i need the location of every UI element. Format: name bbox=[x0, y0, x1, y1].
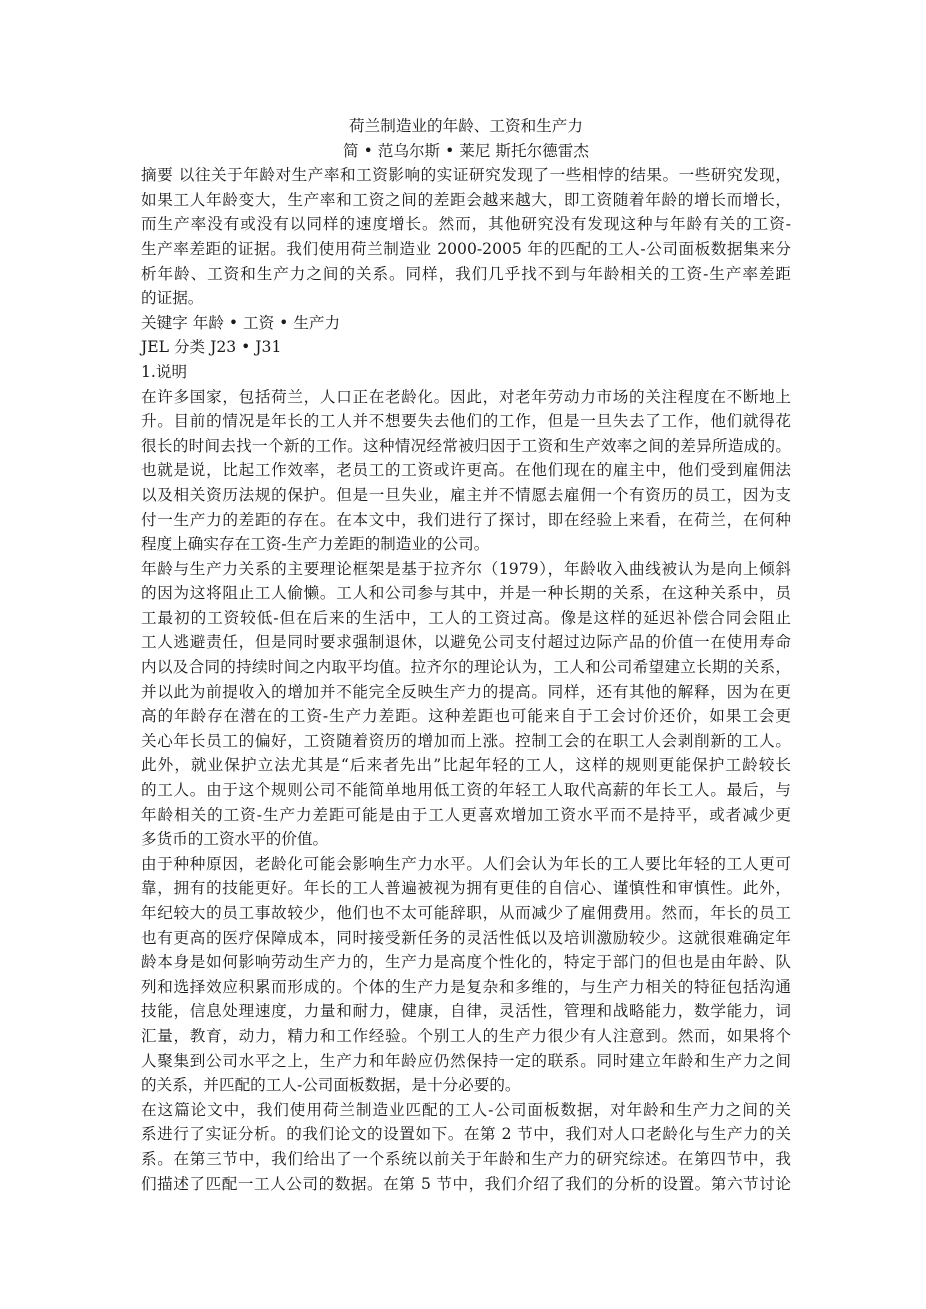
text-line: 很长的时间去找一个新的工作。这种情况经常被归因于工资和生产效率之间的差异所造成的… bbox=[141, 434, 791, 459]
paragraph-2: 年龄与生产力关系的主要理论框架是基于拉齐尔（1979），年龄收入曲线被认为是向上… bbox=[141, 557, 791, 852]
text-line: 升。目前的情况是年长的工人并不想要失去他们的工作，但是一旦失去了工作，他们就得花 bbox=[141, 409, 791, 434]
abstract: 摘要 以往关于年龄对生产率和工资影响的实证研究发现了一些相悖的结果。一些研究发现… bbox=[141, 163, 791, 311]
text-line: 们描述了匹配一工人公司的数据。在第 5 节中，我们介绍了我们的分析的设置。第六节… bbox=[141, 1172, 791, 1197]
section-heading: 1.说明 bbox=[141, 360, 791, 385]
text-line: 的因为这将阻止工人偷懒。工人和公司参与其中，并是一种长期的关系，在这种关系中，员 bbox=[141, 581, 791, 606]
text-line: 内以及合同的持续时间之内取平均值。拉齐尔的理论认为，工人和公司希望建立长期的关系… bbox=[141, 655, 791, 680]
text-line: 在许多国家，包括荷兰，人口正在老龄化。因此，对老年劳动力市场的关注程度在不断地上 bbox=[141, 385, 791, 410]
text-line: 系。在第三节中，我们给出了一个系统以前关于年龄和生产力的研究综述。在第四节中，我 bbox=[141, 1147, 791, 1172]
text-line: 付一生产力的差距的存在。在本文中，我们进行了探讨，即在经验上来看，在荷兰，在何种 bbox=[141, 508, 791, 533]
abstract-line: 析年龄、工资和生产力之间的关系。同样，我们几乎找不到与年龄相关的工资-生产率差距 bbox=[141, 262, 791, 287]
text-line: 龄本身是如何影响劳动生产力的，生产力是高度个性化的，特定于部门的但也是由年龄、队 bbox=[141, 950, 791, 975]
text-line: 由于种种原因，老龄化可能会影响生产力水平。人们会认为年长的工人要比年轻的工人更可 bbox=[141, 852, 791, 877]
text-line: 工最初的工资较低-但在后来的生活中，工人的工资过高。像是这样的延迟补偿合同会阻止 bbox=[141, 606, 791, 631]
text-line: 列和选择效应积累而形成的。个体的生产力是复杂和多维的，与生产力相关的特征包括沟通 bbox=[141, 975, 791, 1000]
paragraph-3: 由于种种原因，老龄化可能会影响生产力水平。人们会认为年长的工人要比年轻的工人更可… bbox=[141, 852, 791, 1098]
abstract-line: 摘要 以往关于年龄对生产率和工资影响的实证研究发现了一些相悖的结果。一些研究发现… bbox=[141, 163, 791, 188]
text-line: 以及相关资历法规的保护。但是一旦失业，雇主并不情愿去雇佣一个有资历的员工，因为支 bbox=[141, 483, 791, 508]
document-title: 荷兰制造业的年龄、工资和生产力 bbox=[141, 114, 791, 139]
abstract-line: 生产率差距的证据。我们使用荷兰制造业 2000-2005 年的匹配的工人-公司面… bbox=[141, 237, 791, 262]
paragraph-1: 在许多国家，包括荷兰，人口正在老龄化。因此，对老年劳动力市场的关注程度在不断地上… bbox=[141, 385, 791, 557]
text-line: 靠，拥有的技能更好。年长的工人普遍被视为拥有更佳的自信心、谨慎性和审慎性。此外， bbox=[141, 876, 791, 901]
text-line: 的工人。由于这个规则公司不能简单地用低工资的年轻工人取代高薪的年长工人。最后，与 bbox=[141, 778, 791, 803]
abstract-line: 如果工人年龄变大，生产率和工资之间的差距会越来越大，即工资随着年龄的增长而增长， bbox=[141, 188, 791, 213]
text-line: 并以此为前提收入的增加并不能完全反映生产力的提高。同样，还有其他的解释，因为在更 bbox=[141, 680, 791, 705]
text-line: 多货币的工资水平的价值。 bbox=[141, 827, 791, 852]
text-line: 年纪较大的员工事故较少，他们也不太可能辞职，从而减少了雇佣费用。然而，年长的员工 bbox=[141, 901, 791, 926]
keywords: 关键字 年龄 • 工资 • 生产力 bbox=[141, 311, 791, 336]
text-line: 技能，信息处理速度，力量和耐力，健康，自律，灵活性，管理和战略能力，数学能力，词 bbox=[141, 999, 791, 1024]
document-page: 荷兰制造业的年龄、工资和生产力 简 • 范乌尔斯 • 莱尼 斯托尔德雷杰 摘要 … bbox=[141, 114, 791, 1196]
text-line: 高的年龄存在潜在的工资-生产力差距。这种差距也可能来自于工会讨价还价，如果工会更 bbox=[141, 704, 791, 729]
text-line: 也有更高的医疗保障成本，同时接受新任务的灵活性低以及培训激励较少。这就很难确定年 bbox=[141, 926, 791, 951]
text-line: 程度上确实存在工资-生产力差距的制造业的公司。 bbox=[141, 532, 791, 557]
text-line: 此外，就业保护立法尤其是“后来者先出”比起年轻的工人，这样的规则更能保护工龄较长 bbox=[141, 753, 791, 778]
paragraph-4: 在这篇论文中，我们使用荷兰制造业匹配的工人-公司面板数据，对年龄和生产力之间的关… bbox=[141, 1098, 791, 1196]
text-line: 工人逃避责任，但是同时要求强制退休，以避免公司支付超过边际产品的价值一在使用寿命 bbox=[141, 630, 791, 655]
text-line: 年龄相关的工资-生产力差距可能是由于工人更喜欢增加工资水平而不是持平，或者减少更 bbox=[141, 803, 791, 828]
abstract-line: 而生产率没有或没有以同样的速度增长。然而，其他研究没有发现这种与年龄有关的工资- bbox=[141, 212, 791, 237]
document-authors: 简 • 范乌尔斯 • 莱尼 斯托尔德雷杰 bbox=[141, 139, 791, 164]
text-line: 汇量，教育，动力，精力和工作经验。个别工人的生产力很少有人注意到。然而，如果将个 bbox=[141, 1024, 791, 1049]
text-line: 系进行了实证分析。的我们论文的设置如下。在第 2 节中，我们对人口老龄化与生产力… bbox=[141, 1122, 791, 1147]
text-line: 关心年长员工的偏好，工资随着资历的增加而上涨。控制工会的在职工人会剥削新的工人。 bbox=[141, 729, 791, 754]
text-line: 也就是说，比起工作效率，老员工的工资或许更高。在他们现在的雇主中，他们受到雇佣法 bbox=[141, 458, 791, 483]
text-line: 人聚集到公司水平之上，生产力和年龄应仍然保持一定的联系。同时建立年龄和生产力之间 bbox=[141, 1049, 791, 1074]
abstract-line: 的证据。 bbox=[141, 286, 791, 311]
text-line: 的关系，并匹配的工人-公司面板数据，是十分必要的。 bbox=[141, 1073, 791, 1098]
jel-classification: JEL 分类 J23 • J31 bbox=[141, 335, 791, 360]
text-line: 年龄与生产力关系的主要理论框架是基于拉齐尔（1979），年龄收入曲线被认为是向上… bbox=[141, 557, 791, 582]
text-line: 在这篇论文中，我们使用荷兰制造业匹配的工人-公司面板数据，对年龄和生产力之间的关 bbox=[141, 1098, 791, 1123]
